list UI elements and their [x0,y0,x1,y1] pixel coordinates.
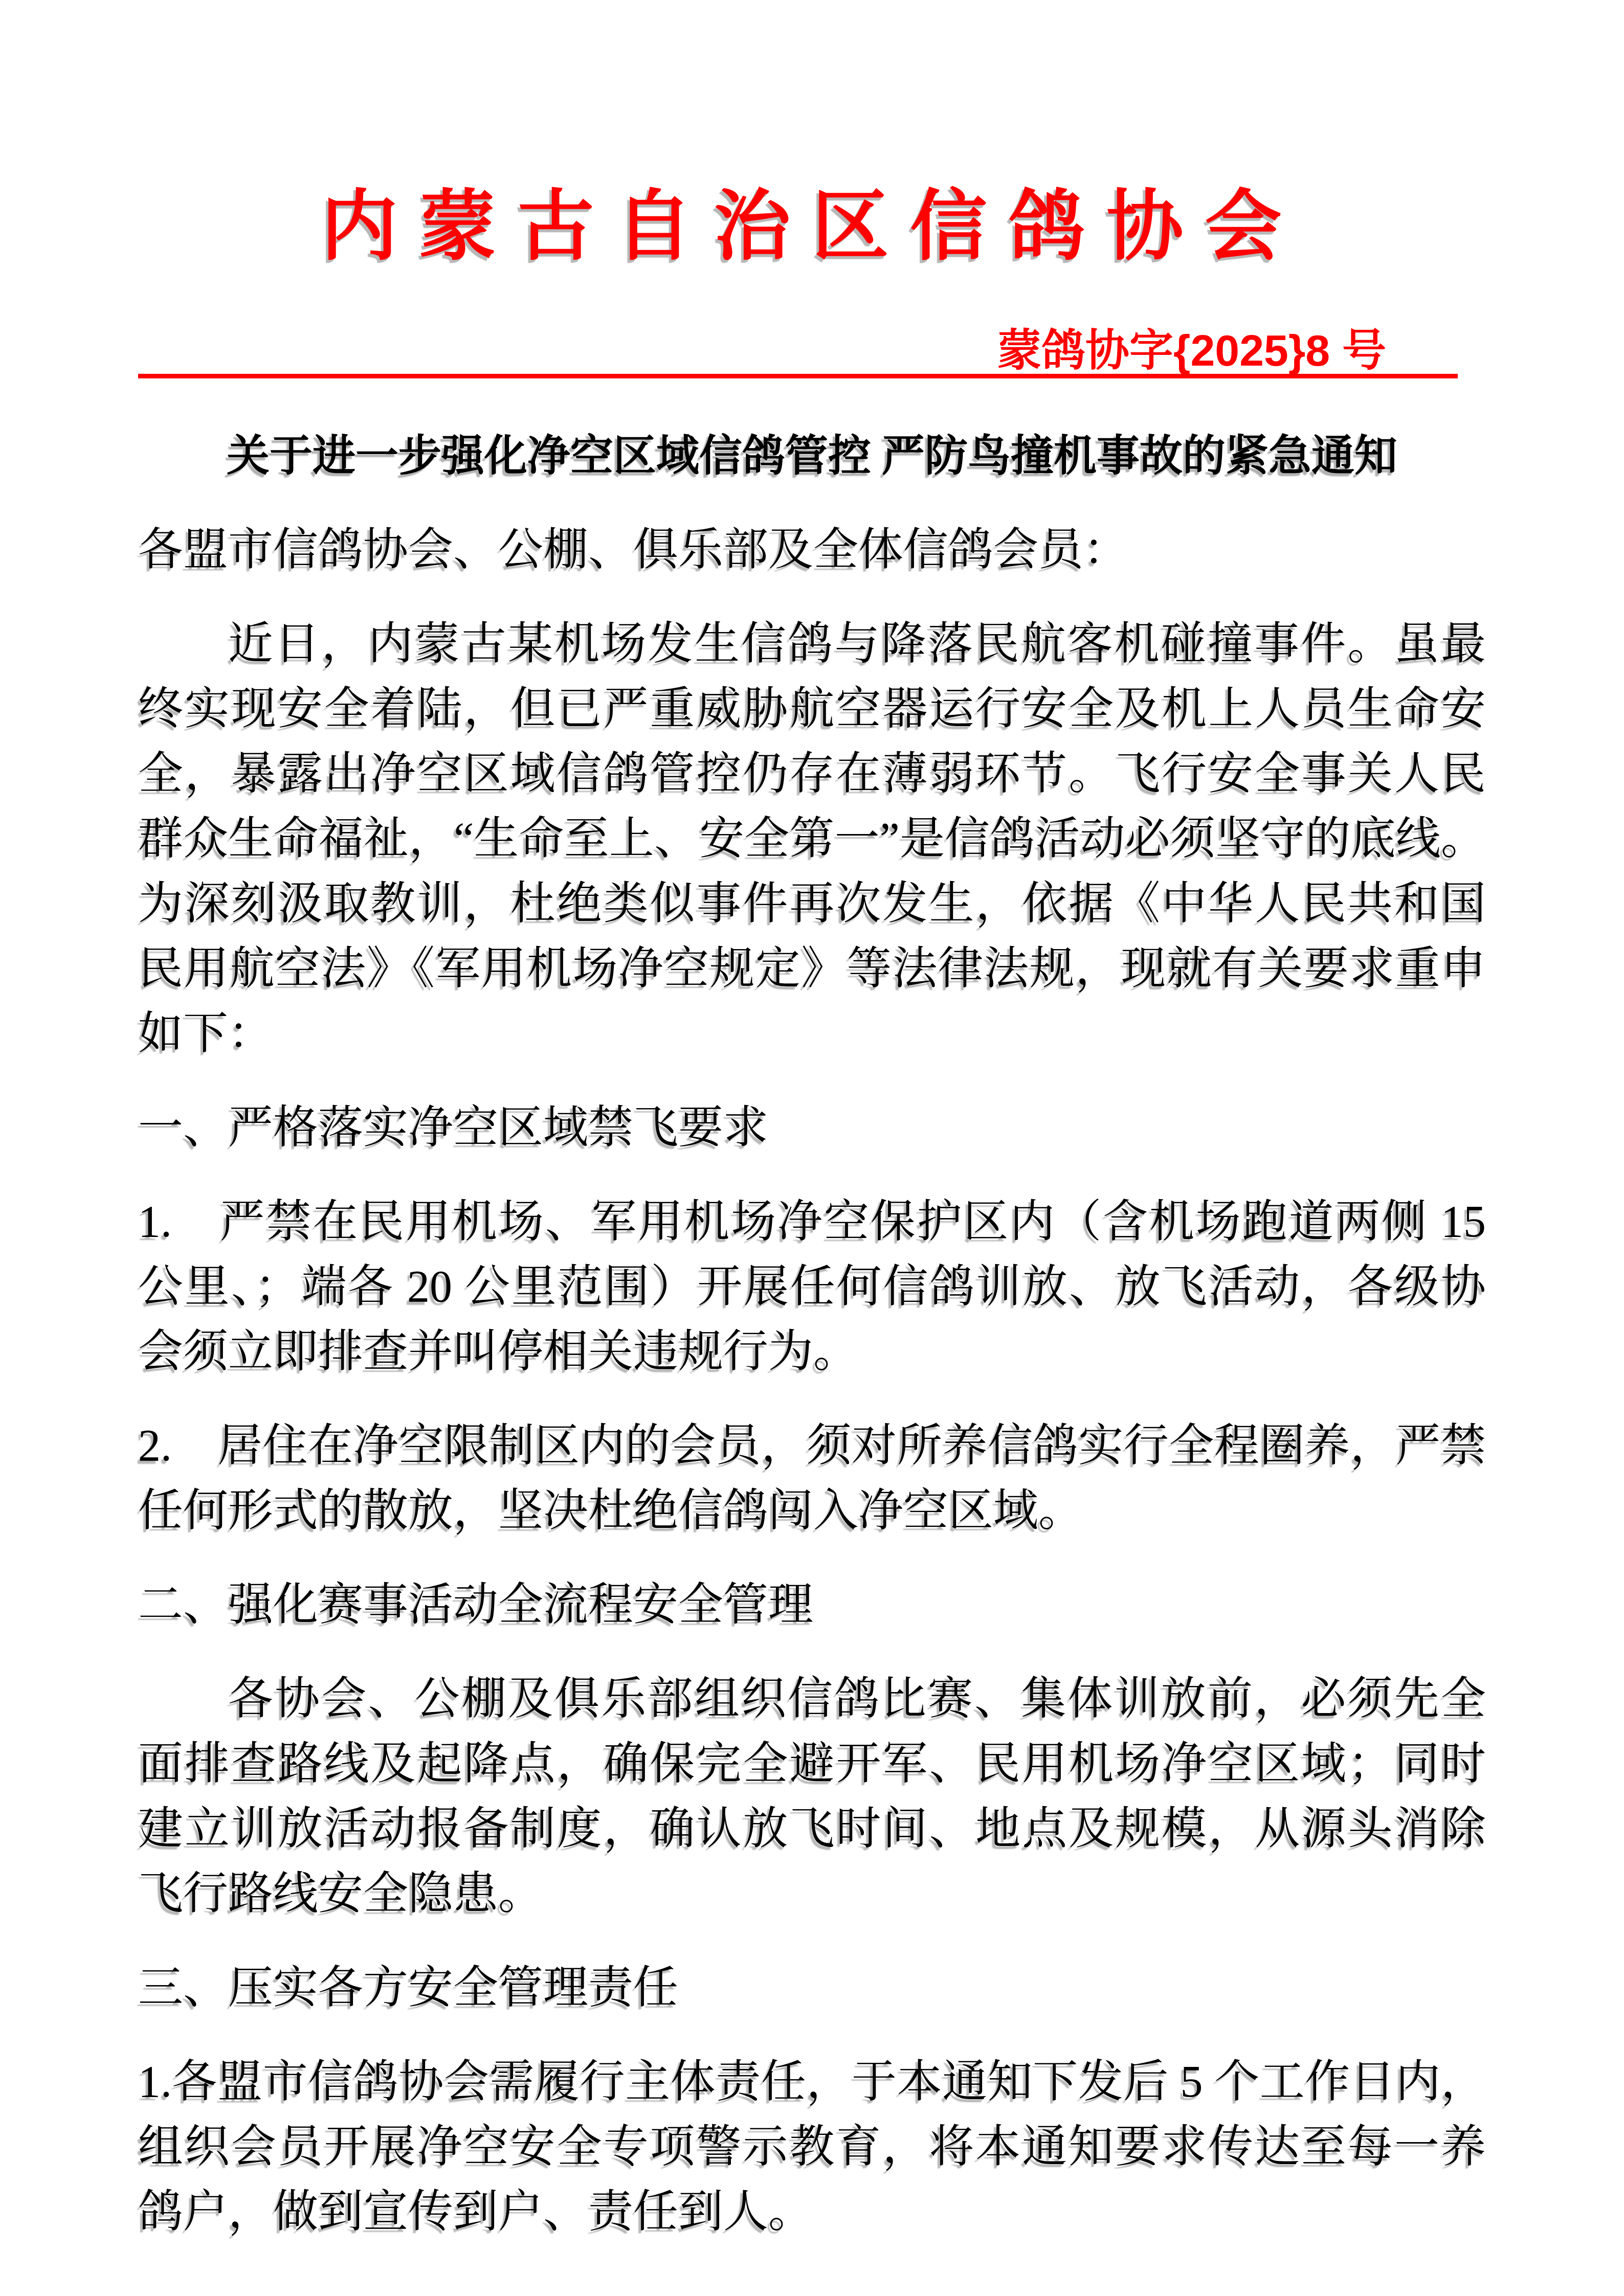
organization-letterhead-title: 内蒙古自治区信鸽协会 [61,184,1563,268]
official-notice-page: 内蒙古自治区信鸽协会 蒙鸽协字{2025}8 号 关于进一步强化净空区域信鸽管控… [0,0,1624,2296]
salutation-line: 各盟市信鸽协会、公棚、俱乐部及全体信鸽会员： [138,517,1486,582]
body-paragraph-intro: 近日，内蒙古某机场发生信鸽与降落民航客机碰撞事件。虽最终实现安全着陆，但已严重威… [138,612,1486,1066]
section-2-paragraph: 各协会、公棚及俱乐部组织信鸽比赛、集体训放前，必须先全面排查路线及起降点，确保完… [138,1667,1486,1926]
section-heading-1: 一、严格落实净空区域禁飞要求 [138,1095,1486,1160]
document-title: 关于进一步强化净空区域信鸽管控 严防鸟撞机事故的紧急通知 [138,425,1486,488]
section-1-item-2: 2. 居住在净空限制区内的会员，须对所养信鸽实行全程圈养，严禁任何形式的散放，坚… [138,1413,1486,1543]
section-heading-2: 二、强化赛事活动全流程安全管理 [138,1572,1486,1637]
section-heading-3: 三、压实各方安全管理责任 [138,1955,1486,2020]
document-reference-number: 蒙鸽协字{2025}8 号 [138,329,1486,373]
section-1-item-1: 1. 严禁在民用机场、军用机场净空保护区内（含机场跑道两侧 15 公里、；端各 … [138,1189,1486,1384]
section-3-item-1: 1.各盟市信鸽协会需履行主体责任，于本通知下发后 5 个工作日内，组织会员开展净… [138,2050,1486,2244]
document-content: 蒙鸽协字{2025}8 号 关于进一步强化净空区域信鸽管控 严防鸟撞机事故的紧急… [138,329,1486,2244]
